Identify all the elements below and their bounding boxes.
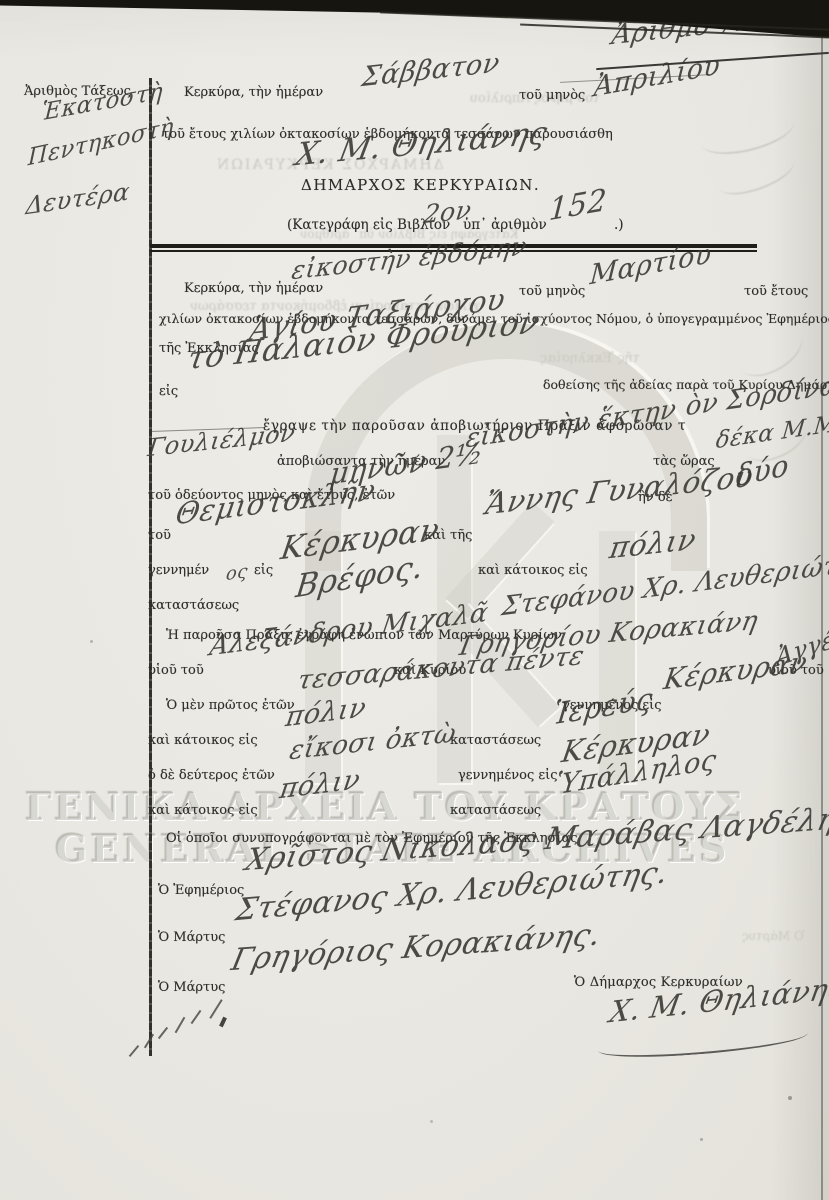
witness1-label: Ὁ Μάρτυς bbox=[158, 931, 225, 945]
archival-death-record-page: ΓΕΝΙΚΑ ΑΡΧΕΙΑ ΤΟΥ ΚΡΑΤΟΥΣ GENERAL STATE … bbox=[0, 0, 829, 1200]
handwritten-born-suffix: ος bbox=[225, 563, 249, 585]
presentation-month-label: τοῦ μηνὸς bbox=[519, 89, 585, 103]
second-witness-resident-label: καὶ κάτοικος εἰς bbox=[148, 804, 258, 818]
ink-hatch-mark bbox=[175, 1017, 186, 1034]
first-witness-age-label: Ὁ μὲν πρῶτος ἐτῶν bbox=[166, 699, 295, 713]
paper-speck bbox=[700, 1138, 703, 1141]
at-label: εἰς bbox=[159, 385, 178, 399]
ghost-text: Ὁ Μάρτυς bbox=[742, 930, 804, 942]
father-label: τοῦ bbox=[148, 529, 171, 543]
second-witness-status-label: καταστάσεως bbox=[450, 804, 541, 818]
under-number-label: ὑπ᾽ ἀριθμὸν bbox=[463, 218, 547, 233]
act-year-label: τοῦ ἔτους bbox=[744, 285, 808, 299]
witness2-signature: Γρηγόριος Κορακιάνης. bbox=[229, 920, 604, 976]
paper-speck bbox=[90, 640, 93, 643]
son-of-label-1: υἱοῦ τοῦ bbox=[148, 664, 204, 678]
first-witness-status-label: καταστάσεως bbox=[450, 734, 541, 748]
ghost-text: τῆς Ἐκκλησίας bbox=[540, 352, 640, 365]
registered-close-paren: .) bbox=[614, 218, 624, 233]
page-right-edge-line bbox=[821, 0, 823, 1200]
born-label: γεννημέν bbox=[148, 564, 209, 578]
ink-hatch-mark bbox=[129, 1045, 140, 1057]
second-witness-born-label: γεννημένος εἰς bbox=[458, 769, 558, 783]
ink-hatch-mark bbox=[158, 1027, 168, 1039]
handwritten-order-word-3: Δευτέρα bbox=[25, 179, 131, 218]
at2-label: εἰς bbox=[254, 564, 273, 578]
paper-speck bbox=[430, 1120, 433, 1123]
paper-speck bbox=[788, 1096, 792, 1100]
first-witness-resident-label: καὶ κάτοικος εἰς bbox=[148, 734, 258, 748]
resident-label: καὶ κάτοικος εἰς bbox=[478, 564, 588, 578]
mayor-office-title: ΔΗΜΑΡΧΟΣ ΚΕΡΚΥΡΑΙΩΝ. bbox=[301, 177, 540, 194]
priest-label: Ὁ Ἐφημέριος bbox=[158, 884, 244, 898]
status-label: καταστάσεως bbox=[148, 599, 239, 613]
ink-blot-mark bbox=[219, 1017, 227, 1028]
witness2-label: Ὁ Μάρτυς bbox=[158, 981, 225, 995]
ink-hatch-mark bbox=[209, 999, 222, 1019]
handwritten-presentation-day: Σάββατον bbox=[360, 49, 502, 91]
act-place-day-label: Κερκύρα, τὴν ἡμέραν bbox=[184, 282, 323, 296]
presentation-place-day-label: Κερκύρα, τὴν ἡμέραν bbox=[184, 86, 323, 100]
ink-hatch-mark bbox=[191, 1010, 202, 1024]
act-month-label: τοῦ μηνὸς bbox=[519, 285, 585, 299]
mayor-signature-flourish bbox=[597, 1023, 808, 1062]
handwritten-presentation-month: Ἀπριλίου bbox=[593, 51, 721, 101]
second-witness-age-label: ὁ δὲ δεύτερος ἐτῶν bbox=[148, 769, 275, 783]
handwritten-registry-number: 152 bbox=[548, 185, 608, 226]
